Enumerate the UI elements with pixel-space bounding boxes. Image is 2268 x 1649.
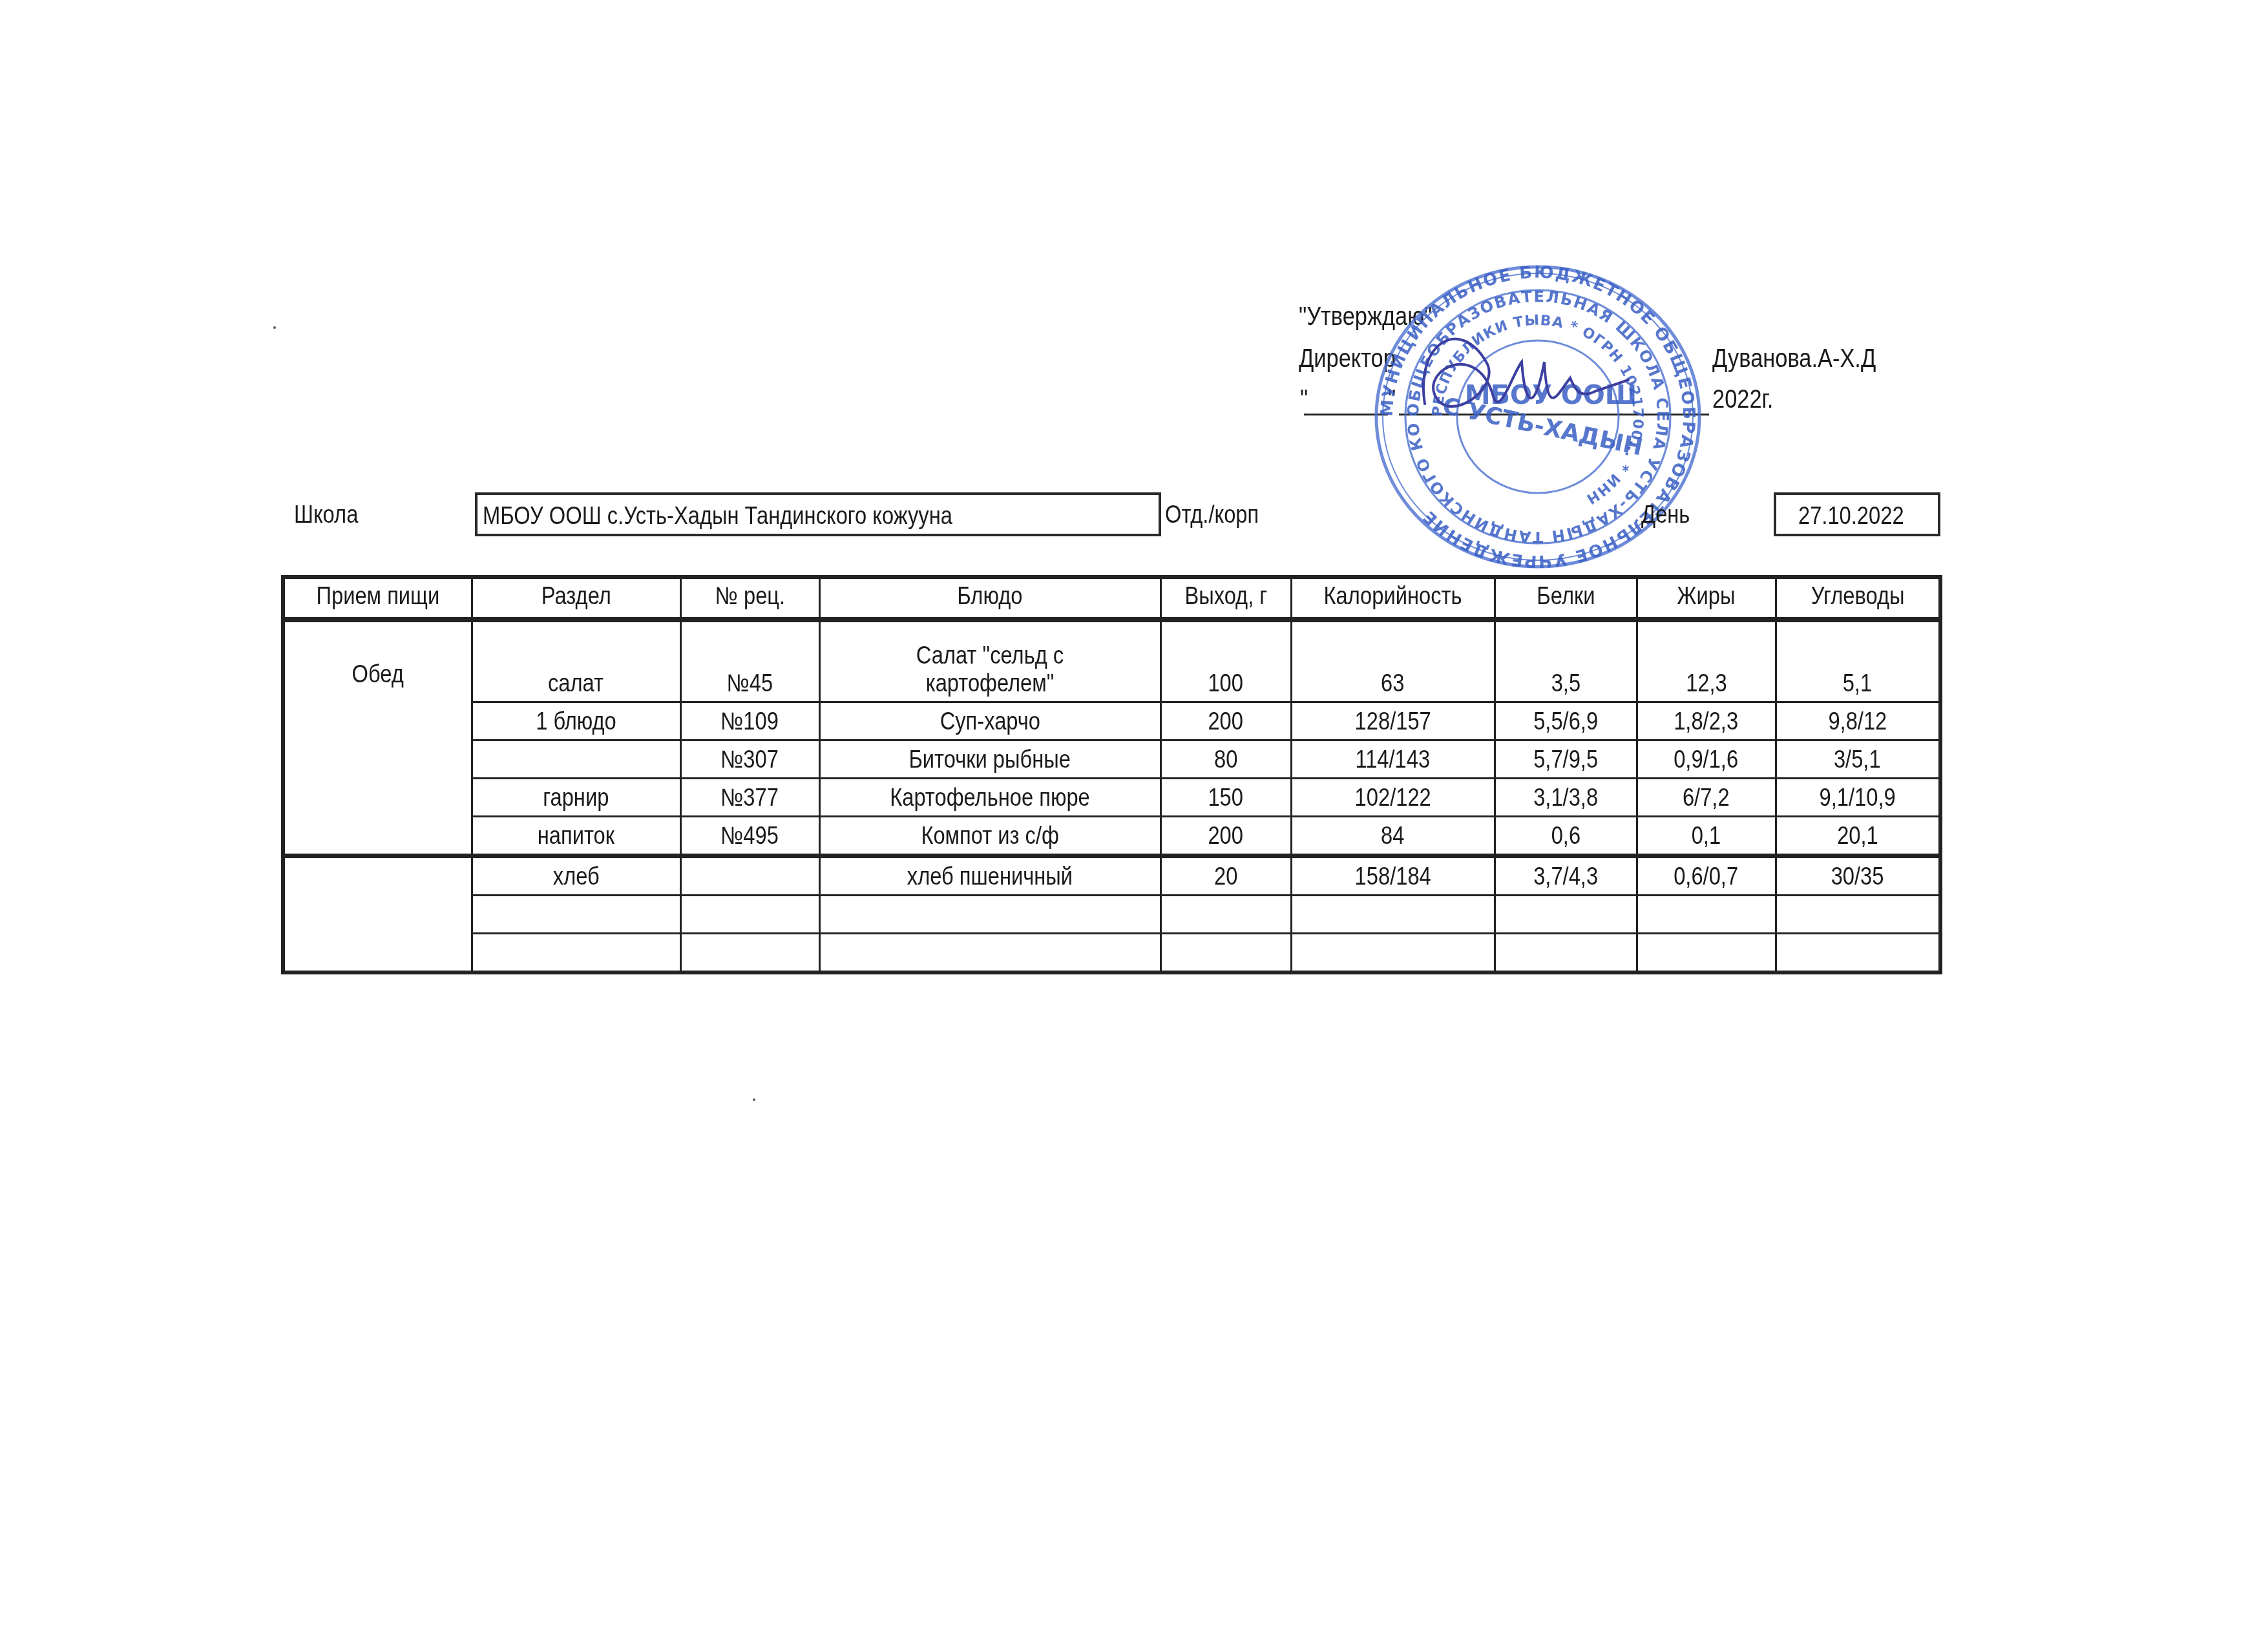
section-cell: гарнир	[472, 779, 680, 817]
yield-cell	[1160, 896, 1291, 934]
section-cell: 1 блюдо	[472, 702, 680, 740]
column-header-recipe: № рец.	[680, 577, 819, 620]
column-header-carbs: Углеводы	[1776, 577, 1940, 620]
dish-cell: хлеб пшеничный	[819, 856, 1160, 896]
date-quote-close: "	[1388, 386, 1396, 412]
yield-cell: 200	[1160, 702, 1291, 740]
protein-cell	[1495, 934, 1637, 973]
fat-cell: 1,8/2,3	[1637, 702, 1776, 740]
carbs-cell: 30/35	[1776, 856, 1940, 896]
calories-cell: 84	[1291, 817, 1495, 856]
director-label: Директор	[1299, 346, 1396, 372]
table-row: 1 блюдо №109 Суп-харчо 200 128/157 5,5/6…	[283, 702, 1940, 740]
table-row	[283, 896, 1940, 934]
recipe-cell	[680, 896, 819, 934]
fat-cell: 12,3	[1637, 620, 1776, 702]
dish-cell: Картофельное пюре	[819, 779, 1160, 817]
day-field: 27.10.2022	[1774, 492, 1940, 536]
meal-cell	[283, 856, 472, 973]
table-row: напиток №495 Компот из с/ф 200 84 0,6 0,…	[283, 817, 1940, 856]
department-label: Отд./корп	[1165, 503, 1259, 527]
svg-text:С УСТЬ-ХАДЫН: С УСТЬ-ХАДЫН	[1440, 393, 1645, 461]
dish-cell	[819, 896, 1160, 934]
calories-cell: 63	[1291, 620, 1495, 702]
director-name: Дуванова.А-Х.Д	[1712, 346, 1876, 372]
carbs-cell: 9,8/12	[1776, 702, 1940, 740]
table-row: №307 Биточки рыбные 80 114/143 5,7/9,5 0…	[283, 740, 1940, 779]
carbs-cell: 3/5,1	[1776, 740, 1940, 779]
date-day-rule	[1304, 414, 1388, 415]
signature-scribble	[1423, 339, 1628, 406]
calories-cell: 114/143	[1291, 740, 1495, 779]
protein-cell: 3,5	[1495, 620, 1637, 702]
calories-cell: 128/157	[1291, 702, 1495, 740]
column-header-fat: Жиры	[1637, 577, 1776, 620]
calories-cell	[1291, 934, 1495, 973]
recipe-cell: №45	[680, 620, 819, 702]
meal-cell: Обед	[283, 620, 472, 856]
yield-cell	[1160, 934, 1291, 973]
dish-cell: Биточки рыбные	[819, 740, 1160, 779]
signature-rule	[1399, 414, 1709, 415]
day-label: День	[1641, 503, 1690, 527]
day-value: 27.10.2022	[1798, 504, 1904, 529]
dish-cell: Компот из с/ф	[819, 817, 1160, 856]
protein-cell: 3,1/3,8	[1495, 779, 1637, 817]
column-header-meal: Прием пищи	[283, 577, 472, 620]
yield-cell: 80	[1160, 740, 1291, 779]
yield-cell: 150	[1160, 779, 1291, 817]
section-cell	[472, 934, 680, 973]
table-row: Обед салат №45 Салат "сельд с картофелем…	[283, 620, 1940, 702]
fat-cell: 6/7,2	[1637, 779, 1776, 817]
approve-label: "Утверждаю"	[1299, 304, 1432, 330]
table-row: хлеб хлеб пшеничный 20 158/184 3,7/4,3 0…	[283, 856, 1940, 896]
protein-cell: 0,6	[1495, 817, 1637, 856]
recipe-cell: №307	[680, 740, 819, 779]
scan-speck	[273, 326, 276, 329]
yield-cell: 200	[1160, 817, 1291, 856]
school-label: Школа	[294, 503, 358, 527]
calories-cell: 158/184	[1291, 856, 1495, 896]
table-header-row: Прием пищи Раздел № рец. Блюдо Выход, г …	[283, 577, 1940, 620]
recipe-cell	[680, 934, 819, 973]
svg-text:МБОУ ООШ: МБОУ ООШ	[1465, 381, 1637, 410]
protein-cell: 5,7/9,5	[1495, 740, 1637, 779]
approval-year: 2022г.	[1712, 386, 1773, 412]
protein-cell: 5,5/6,9	[1495, 702, 1637, 740]
section-cell	[472, 740, 680, 779]
dish-cell: Салат "сельд с картофелем"	[819, 620, 1160, 702]
date-quote-open: "	[1300, 386, 1308, 412]
carbs-cell: 20,1	[1776, 817, 1940, 856]
dish-cell: Суп-харчо	[819, 702, 1160, 740]
fat-cell	[1637, 896, 1776, 934]
recipe-cell: №377	[680, 779, 819, 817]
calories-cell	[1291, 896, 1495, 934]
dish-cell	[819, 934, 1160, 973]
school-field: МБОУ ООШ с.Усть-Хадын Тандинского кожуун…	[475, 492, 1161, 536]
column-header-calories: Калорийность	[1291, 577, 1495, 620]
column-header-dish: Блюдо	[819, 577, 1160, 620]
fat-cell: 0,9/1,6	[1637, 740, 1776, 779]
yield-cell: 100	[1160, 620, 1291, 702]
column-header-protein: Белки	[1495, 577, 1637, 620]
recipe-cell: №109	[680, 702, 819, 740]
calories-cell: 102/122	[1291, 779, 1495, 817]
column-header-yield: Выход, г	[1160, 577, 1291, 620]
menu-table: Прием пищи Раздел № рец. Блюдо Выход, г …	[281, 575, 1942, 974]
school-value: МБОУ ООШ с.Усть-Хадын Тандинского кожуун…	[483, 504, 952, 529]
carbs-cell: 9,1/10,9	[1776, 779, 1940, 817]
fat-cell	[1637, 934, 1776, 973]
yield-cell: 20	[1160, 856, 1291, 896]
protein-cell	[1495, 896, 1637, 934]
column-header-section: Раздел	[472, 577, 680, 620]
table-row	[283, 934, 1940, 973]
recipe-cell: №495	[680, 817, 819, 856]
table-row: гарнир №377 Картофельное пюре 150 102/12…	[283, 779, 1940, 817]
svg-text:РЕСПУБЛИКИ ТЫВА * ОГРН 1021700: РЕСПУБЛИКИ ТЫВА * ОГРН 1021700... * ИНН	[1430, 313, 1646, 507]
section-cell: хлеб	[472, 856, 680, 896]
recipe-cell	[680, 856, 819, 896]
protein-cell: 3,7/4,3	[1495, 856, 1637, 896]
fat-cell: 0,6/0,7	[1637, 856, 1776, 896]
scan-speck	[753, 1098, 755, 1101]
carbs-cell	[1776, 934, 1940, 973]
carbs-cell: 5,1	[1776, 620, 1940, 702]
section-cell: салат	[472, 620, 680, 702]
fat-cell: 0,1	[1637, 817, 1776, 856]
section-cell	[472, 896, 680, 934]
section-cell: напиток	[472, 817, 680, 856]
carbs-cell	[1776, 896, 1940, 934]
